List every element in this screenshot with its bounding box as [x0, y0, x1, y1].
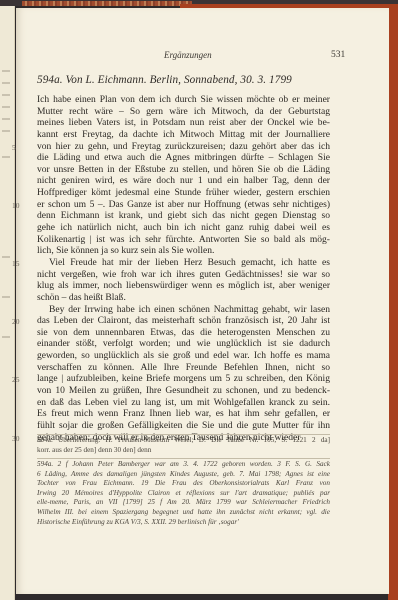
- line-number: 15: [12, 258, 26, 270]
- line-number: 10: [12, 200, 26, 212]
- line-text: sie von dem unnennbaren Etwas, das die h…: [37, 327, 330, 338]
- text-line: Bey der Irrwing habe ich einen schönen N…: [37, 304, 330, 316]
- line-text: gehe ich natürlich nicht, auch bin ich n…: [37, 222, 330, 233]
- line-text: von hier zu gehn, und Freytag zurückzure…: [37, 141, 330, 152]
- line-text: nicht geniren wird, es wäre doch nur 1 u…: [37, 175, 330, 186]
- text-line: 25lange | aufzubleiben, keine Briefe mor…: [37, 373, 330, 385]
- apparatus-line: 6 Läding, Amme des damaligen jüngsten Ki…: [37, 470, 330, 480]
- running-head-title: Ergänzungen: [164, 50, 212, 60]
- line-text: das Leben der Clairont, das meisterhaft …: [37, 315, 330, 326]
- line-text: kannt erst Freytag, da dachte ich Mitwoc…: [37, 129, 330, 140]
- line-text: lange | aufzubleiben, keine Briefe morge…: [37, 373, 330, 384]
- apparatus-line: 594a. 2 f Johann Peter Bamberger war am …: [37, 460, 330, 470]
- line-text: Mutter recht wäre – So gern wäre ich Mit…: [37, 106, 330, 117]
- line-text: verschaffen zu können. Alle Ihre Freunde…: [37, 362, 330, 373]
- text-line: von 10 Meilen zu grüßen, Ihre Gesundheit…: [37, 385, 330, 397]
- text-line: Ich habe einen Plan von dem ich durch Si…: [37, 94, 330, 106]
- apparatus-line: korr. aus der 25 den] denn 30 den] denn: [37, 446, 330, 456]
- letter-body: Ich habe einen Plan von dem ich durch Si…: [37, 94, 330, 443]
- text-line: nicht vergeßen, wie froh war ich ihres g…: [37, 269, 330, 281]
- text-line: Es freut mich wenn Franz Ihnen lieb war,…: [37, 408, 330, 420]
- text-line: en daß das Leben viel zu lang ist, um mi…: [37, 397, 330, 409]
- text-line: 15Viel Freude hat mir der lieben Herz Be…: [37, 257, 330, 269]
- running-head: Ergänzungen 531: [16, 50, 389, 64]
- line-text: er schon um 5 –. Das Ganze ist aber nur …: [37, 199, 330, 210]
- line-text: einander stößt, verfolgt worden; und wie…: [37, 338, 330, 349]
- text-line: 10er schon um 5 –. Das Ganze ist aber nu…: [37, 199, 330, 211]
- transmission-apparatus: 594a. Überlieferung: H: Preußen-Museum W…: [37, 436, 330, 455]
- text-line: nicht geniren wird, es wäre doch nur 1 u…: [37, 175, 330, 187]
- line-text: schön – das heißt Blaß.: [37, 292, 126, 303]
- line-text: Kolikenartig | ist was ich sehr fürchte.…: [37, 234, 330, 245]
- text-line: Hoffprediger kömt jedesmal eine Stunde f…: [37, 187, 330, 199]
- text-line: schön – das heißt Blaß.: [37, 292, 330, 304]
- apparatus-line: Tochter von Frau Eichmann. 19 Die Frau d…: [37, 479, 330, 489]
- text-line: lich, Sie können ja so kurz sein als Sie…: [37, 245, 330, 257]
- text-line: geworden, so unglücklich als sie groß un…: [37, 350, 330, 362]
- line-text: klug als immer, noch liebenswürdiger wen…: [37, 280, 330, 291]
- line-text: vor unsre Betten in der Eßstube zu stell…: [37, 164, 330, 175]
- page-number: 531: [331, 50, 345, 60]
- text-line: Kolikenartig | ist was ich sehr fürchte.…: [37, 234, 330, 246]
- line-number: 25: [12, 374, 26, 386]
- cover-pattern: [22, 1, 192, 6]
- commentary-apparatus: 594a. 2 f Johann Peter Bamberger war am …: [37, 460, 330, 527]
- previous-page-edge: [0, 6, 15, 600]
- line-text: fühlt sojar die großen Gefälligkeiten di…: [37, 420, 330, 431]
- letter-heading: 594a. Von L. Eichmann. Berlin, Sonnabend…: [37, 74, 292, 86]
- line-text: Ich habe einen Plan von dem ich durch Si…: [37, 94, 330, 105]
- text-line: meines lieben Vaters ist, in Potsdam nun…: [37, 117, 330, 129]
- line-text: geworden, so unglücklich als sie groß un…: [37, 350, 330, 361]
- line-number: 30: [12, 433, 26, 445]
- line-text: denn Eichmann ist krank, und giebt sich …: [37, 210, 330, 221]
- apparatus-line: elle-meme, Paris, an VII [1799] 25 f Am …: [37, 498, 330, 508]
- book-page: Ergänzungen 531 594a. Von L. Eichmann. B…: [16, 8, 389, 594]
- book-cover-right: [388, 4, 398, 600]
- text-line: gehe ich natürlich nicht, auch bin ich n…: [37, 222, 330, 234]
- line-text: Viel Freude hat mir der lieben Herz Besu…: [49, 257, 330, 268]
- apparatus-rule-2: [37, 458, 330, 459]
- text-line: 20das Leben der Clairont, das meisterhaf…: [37, 315, 330, 327]
- text-line: fühlt sojar die großen Gefälligkeiten di…: [37, 420, 330, 432]
- line-text: Es freut mich wenn Franz Ihnen lieb war,…: [37, 408, 330, 419]
- text-line: klug als immer, noch liebenswürdiger wen…: [37, 280, 330, 292]
- apparatus-line: 594a. Überlieferung: H: Preußen-Museum W…: [37, 436, 330, 446]
- line-text: lich, Sie können ja so kurz sein als Sie…: [37, 245, 214, 256]
- line-text: Bey der Irrwing habe ich einen schönen N…: [49, 304, 330, 315]
- text-line: 5von hier zu gehn, und Freytag zurückzur…: [37, 141, 330, 153]
- apparatus-line: Wilhelm III. bei einem Spaziergang begeg…: [37, 508, 330, 518]
- line-text: von 10 Meilen zu grüßen, Ihre Gesundheit…: [37, 385, 330, 396]
- line-number: 5: [12, 142, 26, 154]
- text-line: Mutter recht wäre – So gern wäre ich Mit…: [37, 106, 330, 118]
- text-line: die Läding und etwa auch die Agnes mitbr…: [37, 152, 330, 164]
- line-text: die Läding und etwa auch die Agnes mitbr…: [37, 152, 330, 163]
- apparatus-line: Historische Einführung zu KGA V/3, S. XX…: [37, 518, 330, 528]
- text-line: vor unsre Betten in der Eßstube zu stell…: [37, 164, 330, 176]
- line-text: nicht vergeßen, wie froh war ich ihres g…: [37, 269, 330, 280]
- line-text: Hoffprediger kömt jedesmal eine Stunde f…: [37, 187, 330, 198]
- text-line: kannt erst Freytag, da dachte ich Mitwoc…: [37, 129, 330, 141]
- line-text: meines lieben Vaters ist, in Potsdam nun…: [37, 117, 330, 128]
- text-line: sie von dem unnennbaren Etwas, das die h…: [37, 327, 330, 339]
- line-text: en daß das Leben viel zu lang ist, um mi…: [37, 397, 330, 408]
- text-line: verschaffen zu können. Alle Ihre Freunde…: [37, 362, 330, 374]
- text-line: denn Eichmann ist krank, und giebt sich …: [37, 210, 330, 222]
- line-number: 20: [12, 316, 26, 328]
- apparatus-rule-1: [37, 434, 330, 435]
- apparatus-line: Irwing 20 Mémoires d'Hyppolite Clairon e…: [37, 489, 330, 499]
- text-line: einander stößt, verfolgt worden; und wie…: [37, 338, 330, 350]
